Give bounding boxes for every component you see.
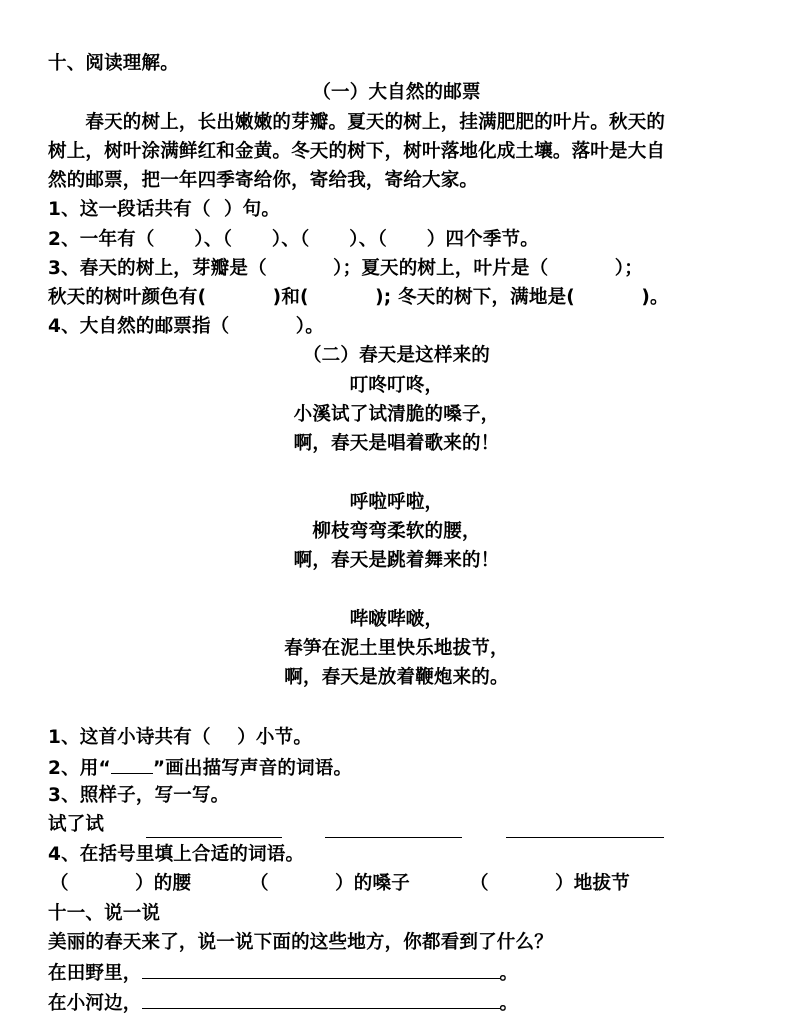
answer-blank-2[interactable]: [325, 819, 462, 838]
passage-1-title: （一）大自然的邮票: [0, 81, 793, 105]
answer-blank-3[interactable]: [506, 819, 664, 838]
underline-sample: [111, 755, 153, 774]
speak-answer-blank-1[interactable]: [142, 960, 500, 979]
speak-item-1: 在田野里，。: [48, 960, 518, 986]
fill-item-1: （ ）的腰: [50, 872, 191, 896]
section-11-prompt: 美丽的春天来了，说一说下面的这些地方，你都看到了什么？: [48, 931, 553, 955]
fill-item-3: （ ）地拔节: [470, 872, 630, 896]
section-10-title: 十、阅读理解。: [48, 52, 179, 76]
poem-line: 柳枝弯弯柔软的腰，: [0, 520, 793, 544]
speak-item-end: 。: [500, 993, 519, 1014]
fill-item-2: （ ）的嗓子: [250, 872, 410, 896]
speak-item-2: 在小河边，。: [48, 990, 518, 1016]
poem-line: 春笋在泥土里快乐地拔节，: [0, 637, 793, 661]
p1-question-1: 1、这一段话共有（ ）句。: [48, 198, 280, 222]
poem-line: 啊，春天是跳着舞来的！: [0, 549, 793, 573]
speak-item-label: 在小河边，: [48, 993, 142, 1014]
p1-question-2: 2、一年有（ ）、（ ）、（ ）、（ ）四个季节。: [48, 228, 539, 252]
p2-question-2-prefix: 2、用“: [48, 758, 111, 779]
p1-question-4: 4、大自然的邮票指（ ）。: [48, 315, 324, 339]
poem-line: 啊，春天是唱着歌来的！: [0, 432, 793, 456]
p2-question-3: 3、照样子，写一写。: [48, 784, 229, 808]
p2-question-2-suffix: ”画出描写声音的词语。: [153, 758, 352, 779]
poem-line: 小溪试了试清脆的嗓子，: [0, 403, 793, 427]
p2-question-3-example: 试了试: [48, 813, 104, 837]
poem-line: 哔啵哔啵，: [0, 608, 793, 632]
speak-item-end: 。: [500, 963, 519, 984]
p1-question-3-cont: 秋天的树叶颜色有( )和( ); 冬天的树下，满地是( )。: [48, 286, 669, 310]
poem-line: 呼啦呼啦，: [0, 491, 793, 515]
passage-1-line-1: 春天的树上，长出嫩嫩的芽瓣。夏天的树上，挂满肥肥的叶片。秋天的: [48, 111, 665, 135]
p2-question-1: 1、这首小诗共有（ ）小节。: [48, 726, 312, 750]
passage-2-title: （二）春天是这样来的: [0, 344, 793, 368]
answer-blank-1[interactable]: [146, 819, 282, 838]
poem-line: 叮咚叮咚，: [0, 374, 793, 398]
p2-question-4: 4、在括号里填上合适的词语。: [48, 843, 304, 867]
p1-question-3: 3、春天的树上，芽瓣是（ ）；夏天的树上，叶片是（ ）；: [48, 257, 643, 281]
speak-answer-blank-2[interactable]: [142, 990, 500, 1009]
poem-line: 啊，春天是放着鞭炮来的。: [0, 666, 793, 690]
section-11-title: 十一、说一说: [48, 902, 160, 926]
p2-question-2: 2、用“”画出描写声音的词语。: [48, 755, 352, 781]
passage-1-line-2: 树上，树叶涂满鲜红和金黄。冬天的树下，树叶落地化成土壤。落叶是大自: [48, 140, 665, 164]
speak-item-label: 在田野里，: [48, 963, 142, 984]
passage-1-line-3: 然的邮票，把一年四季寄给你，寄给我，寄给大家。: [48, 169, 478, 193]
